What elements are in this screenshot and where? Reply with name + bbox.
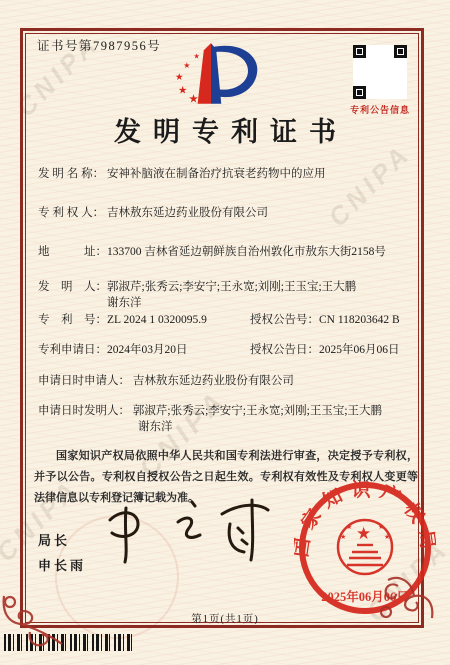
- field-patentee: 专 利 权 人：吉林敖东延边药业股份有限公司: [38, 205, 422, 221]
- certificate-title: 发明专利证书: [0, 110, 450, 149]
- patent-certificate-page: CNIPA CNIPA CNIPA CNIPA CNIPA 证书号第798795…: [0, 0, 450, 665]
- logo-star-icon: ★: [183, 61, 190, 70]
- svg-text:★: ★: [378, 523, 384, 531]
- field-value: 吉林敖东延边药业股份有限公司: [107, 207, 268, 219]
- field-value: CN 118203642 B: [319, 314, 400, 326]
- field-filing-date: 专利申请日：2024年03月20日 授权公告日：2025年06月06日: [38, 342, 422, 358]
- svg-text:★: ★: [340, 533, 346, 541]
- qr-finder-icon: [353, 86, 366, 99]
- field-value: 2024年03月20日: [107, 344, 188, 356]
- director-block: 局长 申长雨: [38, 528, 86, 578]
- svg-text:★: ★: [346, 523, 352, 531]
- svg-text:国家知识产权局: 国家知识产权局: [294, 478, 436, 559]
- field-label: 专利申请日：: [38, 342, 107, 358]
- field-value-continued: 谢东洋: [38, 419, 422, 435]
- certificate-number: 证书号第7987956号: [37, 36, 161, 54]
- field-label: 地 址：: [38, 244, 107, 260]
- field-inventors-at-filing: 申请日时发明人： 郭淑芹;张秀云;李安宁;王永宽;刘刚;王玉宝;王大鹏 谢东洋: [38, 403, 422, 435]
- field-grant-date: 授权公告日：2025年06月06日: [250, 342, 400, 358]
- field-value: 安神补脑液在制备治疗抗衰老药物中的应用: [107, 168, 326, 180]
- field-label: 申请日时发明人：: [38, 405, 130, 417]
- field-value: 吉林敖东延边药业股份有限公司: [133, 375, 294, 387]
- field-value-continued: 谢东洋: [38, 295, 422, 311]
- field-value: 2025年06月06日: [319, 344, 400, 356]
- field-value: 郭淑芹;张秀云;李安宁;王永宽;刘刚;王玉宝;王大鹏: [107, 281, 356, 293]
- logo-star-icon: ★: [188, 94, 198, 106]
- qr-finder-icon: [394, 45, 407, 58]
- field-address: 地 址：133700 吉林省延边朝鲜族自治州敦化市敖东大街2158号: [38, 244, 422, 260]
- patent-gazette-qr-code: [353, 45, 407, 99]
- field-patent-number: 专 利 号：ZL 2024 1 0320095.9 授权公告号：CN 11820…: [38, 312, 422, 328]
- field-label: 授权公告日：: [250, 344, 319, 356]
- field-value: 133700 吉林省延边朝鲜族自治州敦化市敖东大街2158号: [107, 246, 386, 258]
- logo-star-icon: ★: [178, 85, 187, 96]
- field-applicant-at-filing: 申请日时申请人： 吉林敖东延边药业股份有限公司: [38, 373, 422, 389]
- field-invention-name: 发 明 名 称：安神补脑液在制备治疗抗衰老药物中的应用: [38, 166, 422, 182]
- qr-finder-icon: [353, 45, 366, 58]
- director-name: 申长雨: [38, 553, 86, 578]
- national-emblem-icon: ★ ★ ★ ★ ★: [338, 520, 392, 574]
- logo-star-icon: ★: [193, 53, 199, 61]
- field-label: 发 明 人：: [38, 279, 107, 295]
- field-grant-publication-number: 授权公告号：CN 118203642 B: [250, 312, 400, 328]
- field-value: 郭淑芹;张秀云;李安宁;王永宽;刘刚;王玉宝;王大鹏: [133, 405, 382, 417]
- field-label: 发 明 名 称：: [38, 166, 107, 182]
- director-handwritten-signature: [96, 492, 281, 567]
- logo-star-icon: ★: [175, 73, 183, 83]
- field-value: ZL 2024 1 0320095.9: [107, 314, 207, 326]
- svg-text:★: ★: [356, 524, 371, 543]
- director-title: 局长: [38, 528, 86, 553]
- cnipa-logo: ★ ★ ★ ★ ★: [158, 40, 266, 112]
- page-number: 第1页(共1页): [0, 611, 450, 626]
- seal-date: 2025年06月06日: [321, 589, 409, 604]
- seal-agency-text: 国家知识产权局: [294, 478, 436, 559]
- field-label: 申请日时申请人：: [38, 375, 130, 387]
- field-label: 授权公告号：: [250, 314, 319, 326]
- field-label: 专 利 号：: [38, 312, 107, 328]
- official-seal: 国家知识产权局 ★ ★ ★ ★ ★ 2025年06月06日: [294, 477, 436, 619]
- field-inventors: 发 明 人：郭淑芹;张秀云;李安宁;王永宽;刘刚;王玉宝;王大鹏 谢东洋: [38, 279, 422, 311]
- svg-text:★: ★: [384, 533, 390, 541]
- barcode: [4, 634, 134, 651]
- field-label: 专 利 权 人：: [38, 205, 107, 221]
